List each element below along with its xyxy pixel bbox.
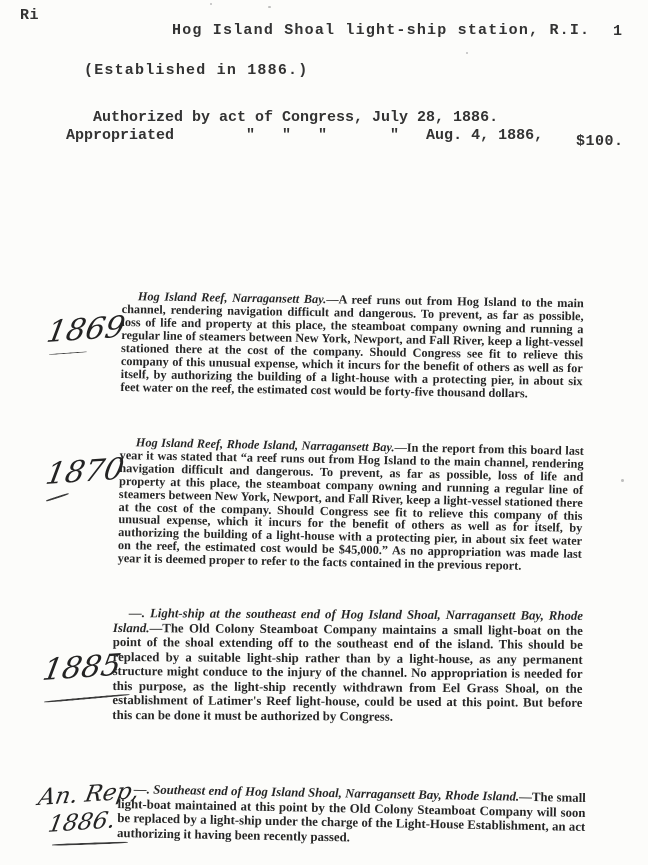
margin-year-note: 1870	[43, 455, 126, 490]
margin-note-underline	[49, 351, 87, 355]
established-line: (Established in 1886.)	[84, 62, 308, 79]
appropriation-amount: $100.	[576, 133, 624, 150]
scan-speck	[210, 3, 212, 5]
scan-speck	[466, 52, 468, 54]
report-paragraph: —. Southeast end of Hog Island Shoal, Na…	[117, 782, 586, 849]
appropriated-line: Appropriated " " " " Aug. 4, 1886,	[66, 127, 543, 144]
report-paragraph: Hog Island Reef, Narragansett Bay.—A ree…	[120, 290, 584, 401]
margin-note-underline	[52, 841, 128, 846]
report-paragraph: Hog Island Reef, Rhode Island, Narragans…	[118, 436, 584, 574]
margin-year-note: 1885	[40, 651, 123, 686]
scan-speck	[621, 479, 624, 482]
margin-year-note: 1869	[44, 313, 127, 348]
paragraph-body: —The Old Colony Steamboat Company mainta…	[112, 621, 583, 723]
authorized-line: Authorized by act of Congress, July 28, …	[93, 109, 498, 126]
page-number: 1	[613, 23, 623, 40]
margin-note-underline	[46, 493, 69, 502]
paragraph-body: —A reef runs out from Hog Island to the …	[120, 292, 584, 400]
page-title: Hog Island Shoal light-ship station, R.I…	[172, 22, 590, 39]
corner-mark: Ri	[20, 7, 39, 24]
paragraph-body: —In the report from this board last year…	[118, 440, 584, 573]
document-page: Ri Hog Island Shoal light-ship station, …	[0, 0, 648, 865]
scan-speck	[268, 6, 271, 8]
report-paragraph: —. Light-ship at the southeast end of Ho…	[112, 606, 583, 725]
